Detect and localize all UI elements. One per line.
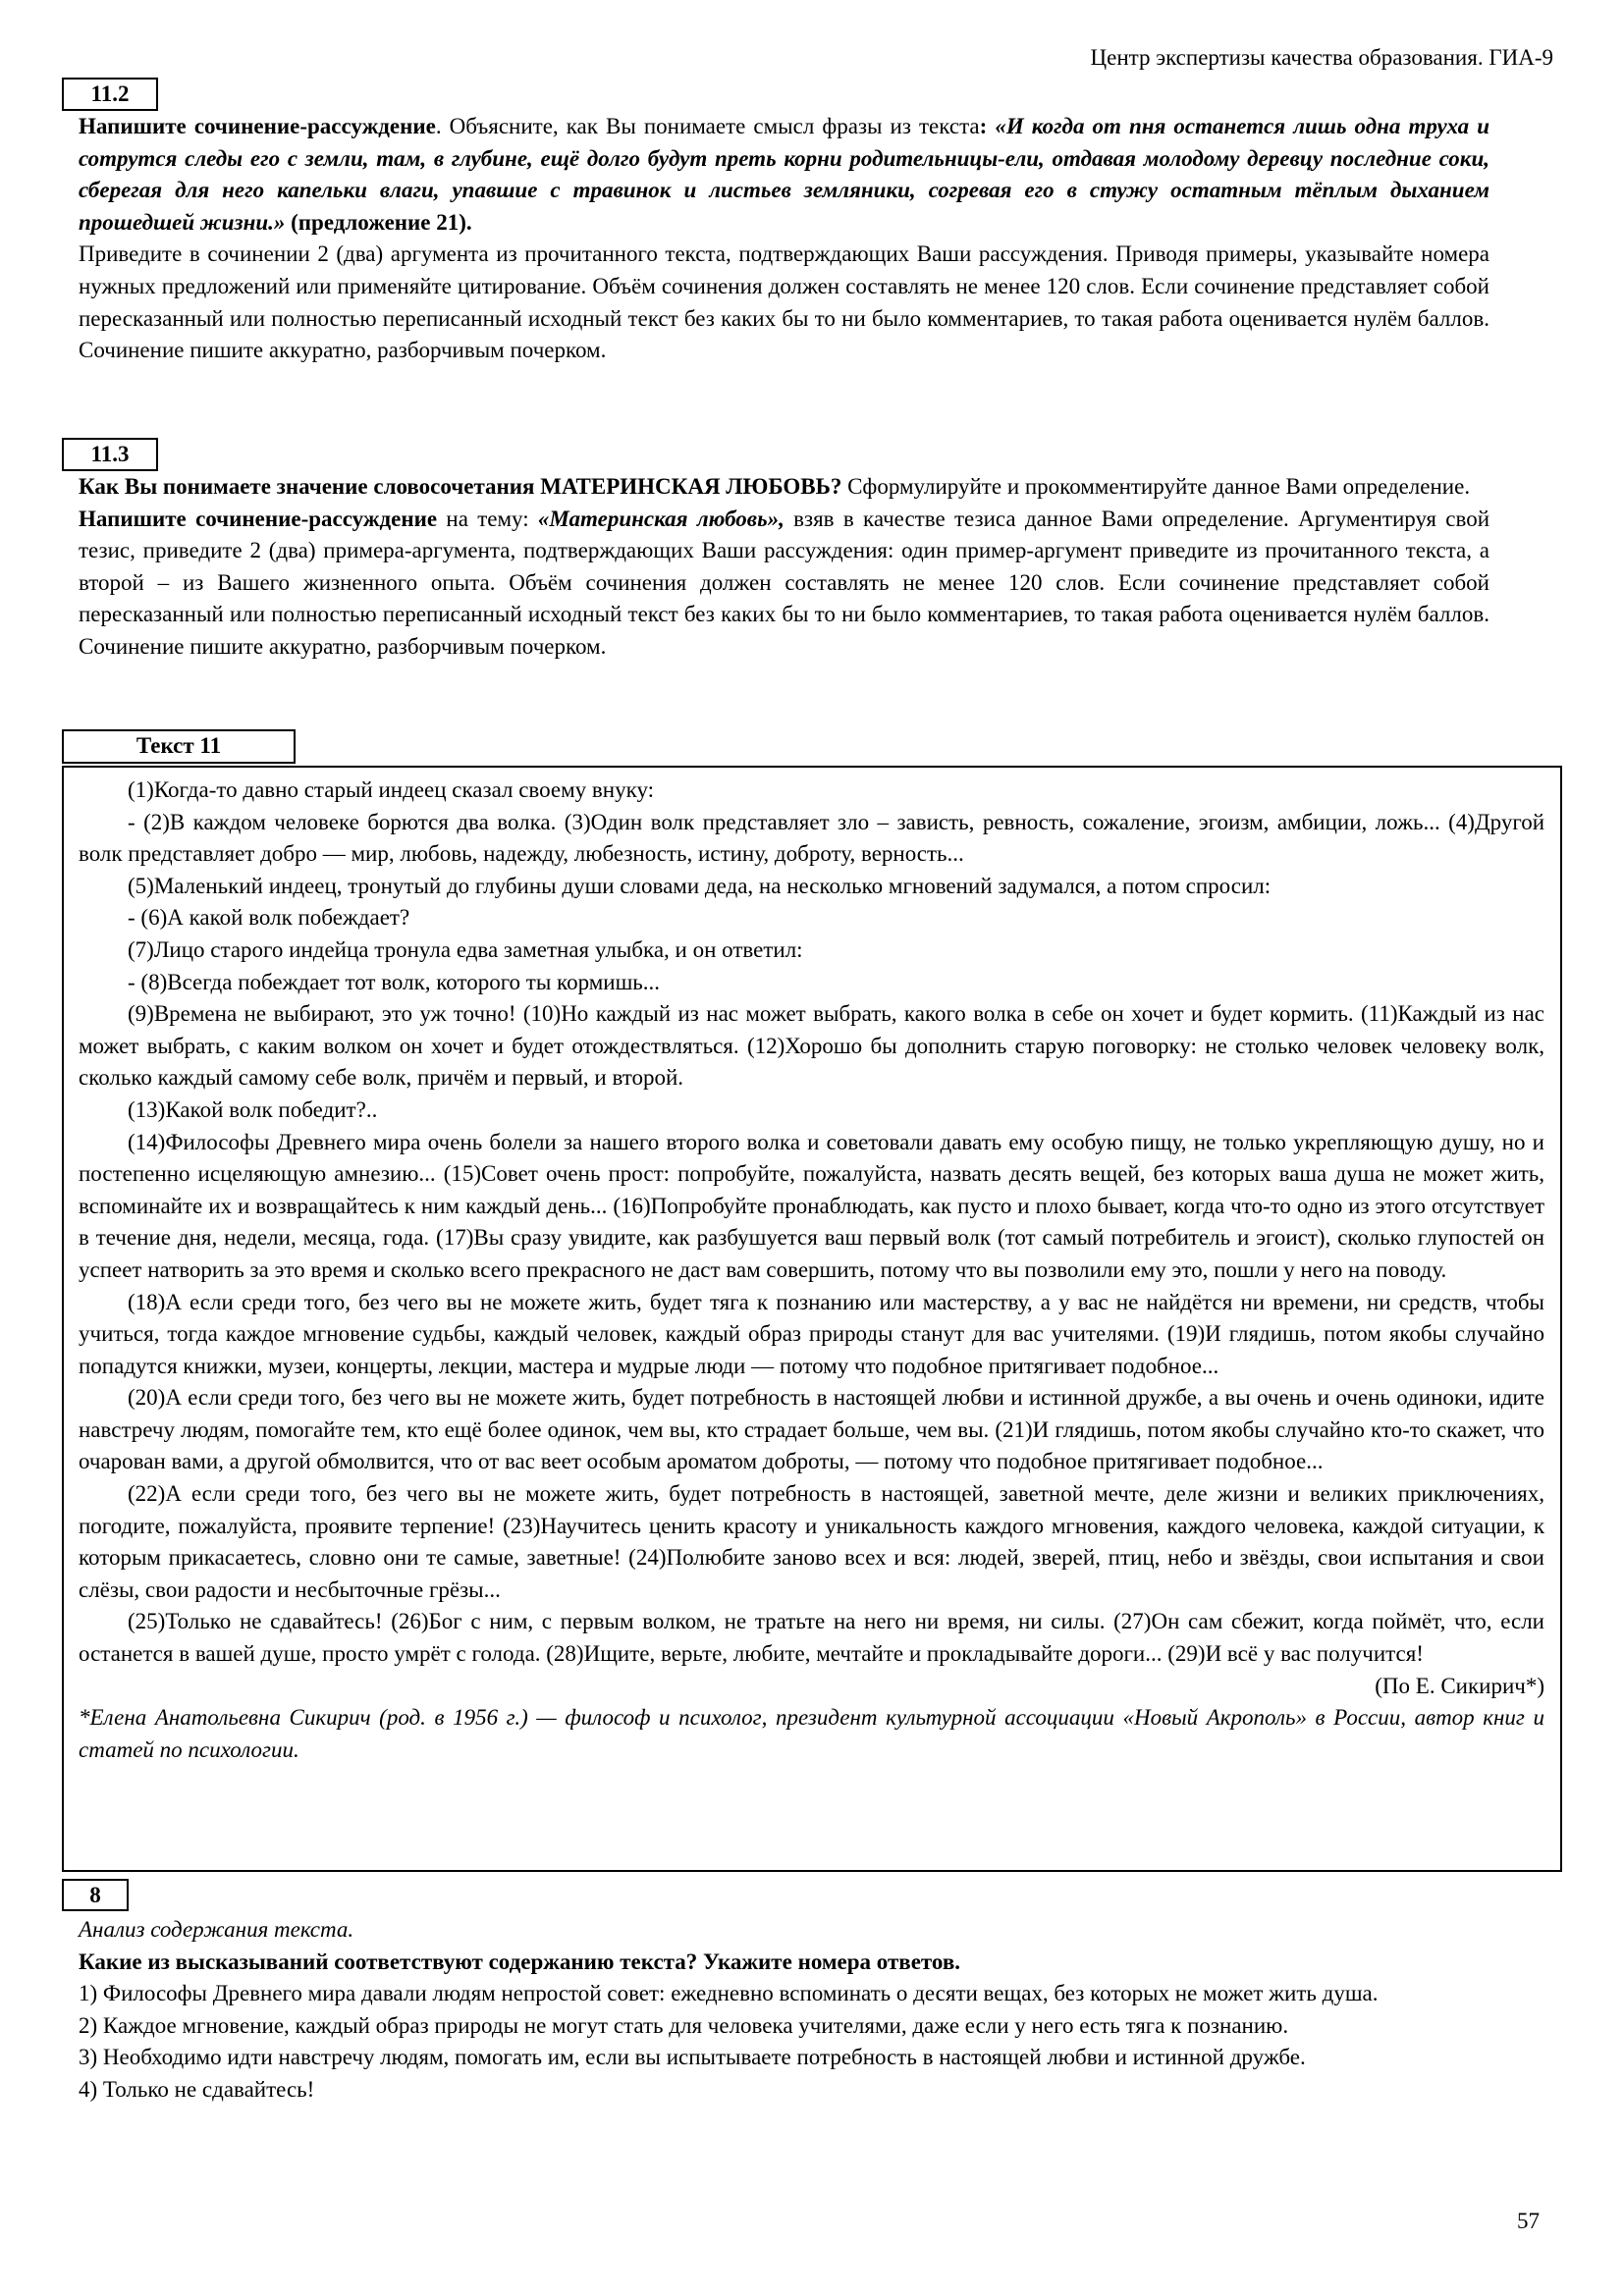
task-11-2-bold-lead: Напишите сочинение-рассуждение	[79, 114, 436, 138]
text-paragraph: (9)Времена не выбирают, это уж точно! (1…	[79, 998, 1544, 1095]
answer-option: 3) Необходимо идти навстречу людям, помо…	[79, 2042, 1492, 2074]
task-11-3-question-bold: Как Вы понимаете значение словосочетания…	[79, 474, 841, 499]
text-paragraph: (20)А если среди того, без чего вы не мо…	[79, 1382, 1544, 1478]
task-11-3-theme-prefix: на тему:	[437, 507, 538, 531]
task-11-3-theme: «Материнская любовь»,	[538, 507, 785, 531]
text-11-label: Текст 11	[62, 729, 296, 764]
task-11-2-intro: . Объясните, как Вы понимаете смысл фраз…	[436, 114, 980, 138]
text-11-frame: (1)Когда-то давно старый индеец сказал с…	[62, 766, 1562, 1872]
answer-option: 2) Каждое мгновение, каждый образ природ…	[79, 2010, 1492, 2043]
task-11-3-question: Как Вы понимаете значение словосочетания…	[79, 471, 1489, 504]
text-paragraph: - (6)А какой волк побеждает?	[79, 902, 1544, 934]
page-number: 57	[1517, 2206, 1540, 2238]
task-11-2-block: Напишите сочинение-рассуждение. Объяснит…	[79, 111, 1489, 367]
task-11-3-instructions: Напишите сочинение-рассуждение на тему: …	[79, 504, 1489, 664]
answer-option: 1) Философы Древнего мира давали людям н…	[79, 1978, 1492, 2010]
text-11-body: (1)Когда-то давно старый индеец сказал с…	[79, 774, 1544, 1766]
task-8-question: Какие из высказываний соответствуют соде…	[79, 1947, 1492, 1979]
text-paragraph: (14)Философы Древнего мира очень болели …	[79, 1127, 1544, 1287]
text-paragraph: (5)Маленький индеец, тронутый до глубины…	[79, 871, 1544, 903]
task-8-block: Анализ содержания текста. Какие из выска…	[79, 1914, 1492, 2107]
task-11-2-prompt: Напишите сочинение-рассуждение. Объяснит…	[79, 111, 1489, 239]
answer-option: 4) Только не сдавайтесь!	[79, 2074, 1492, 2107]
task-11-2-instructions: Приведите в сочинении 2 (два) аргумента …	[79, 239, 1489, 366]
task-number-8: 8	[62, 1879, 129, 1911]
text-paragraph: (18)А если среди того, без чего вы не мо…	[79, 1287, 1544, 1383]
text-paragraph: (1)Когда-то давно старый индеец сказал с…	[79, 774, 1544, 807]
text-paragraph: (13)Какой волк победит?..	[79, 1095, 1544, 1127]
text-paragraph: - (2)В каждом человеке борются два волка…	[79, 807, 1544, 871]
task-number-11-2: 11.2	[62, 78, 158, 111]
text-source: (По Е. Сикирич*)	[79, 1671, 1544, 1703]
task-number-11-3: 11.3	[62, 438, 158, 471]
task-8-subtitle: Анализ содержания текста.	[79, 1914, 1492, 1947]
task-11-3-block: Как Вы понимаете значение словосочетания…	[79, 471, 1489, 664]
page-header: Центр экспертизы качества образования. Г…	[1091, 43, 1554, 73]
text-paragraph: (7)Лицо старого индейца тронула едва зам…	[79, 934, 1544, 967]
text-paragraph: (25)Только не сдавайтесь! (26)Бог с ним,…	[79, 1606, 1544, 1670]
task-11-2-colon: :	[980, 114, 996, 138]
task-11-3-bold-lead: Напишите сочинение-рассуждение	[79, 507, 437, 531]
author-footnote: *Елена Анатольевна Сикирич (род. в 1956 …	[79, 1702, 1544, 1766]
task-11-2-ref: (предложение 21).	[285, 210, 471, 235]
text-paragraph: (22)А если среди того, без чего вы не мо…	[79, 1478, 1544, 1606]
text-paragraph: - (8)Всегда побеждает тот волк, которого…	[79, 967, 1544, 999]
task-11-3-question-rest: Сформулируйте и прокомментируйте данное …	[841, 474, 1470, 499]
